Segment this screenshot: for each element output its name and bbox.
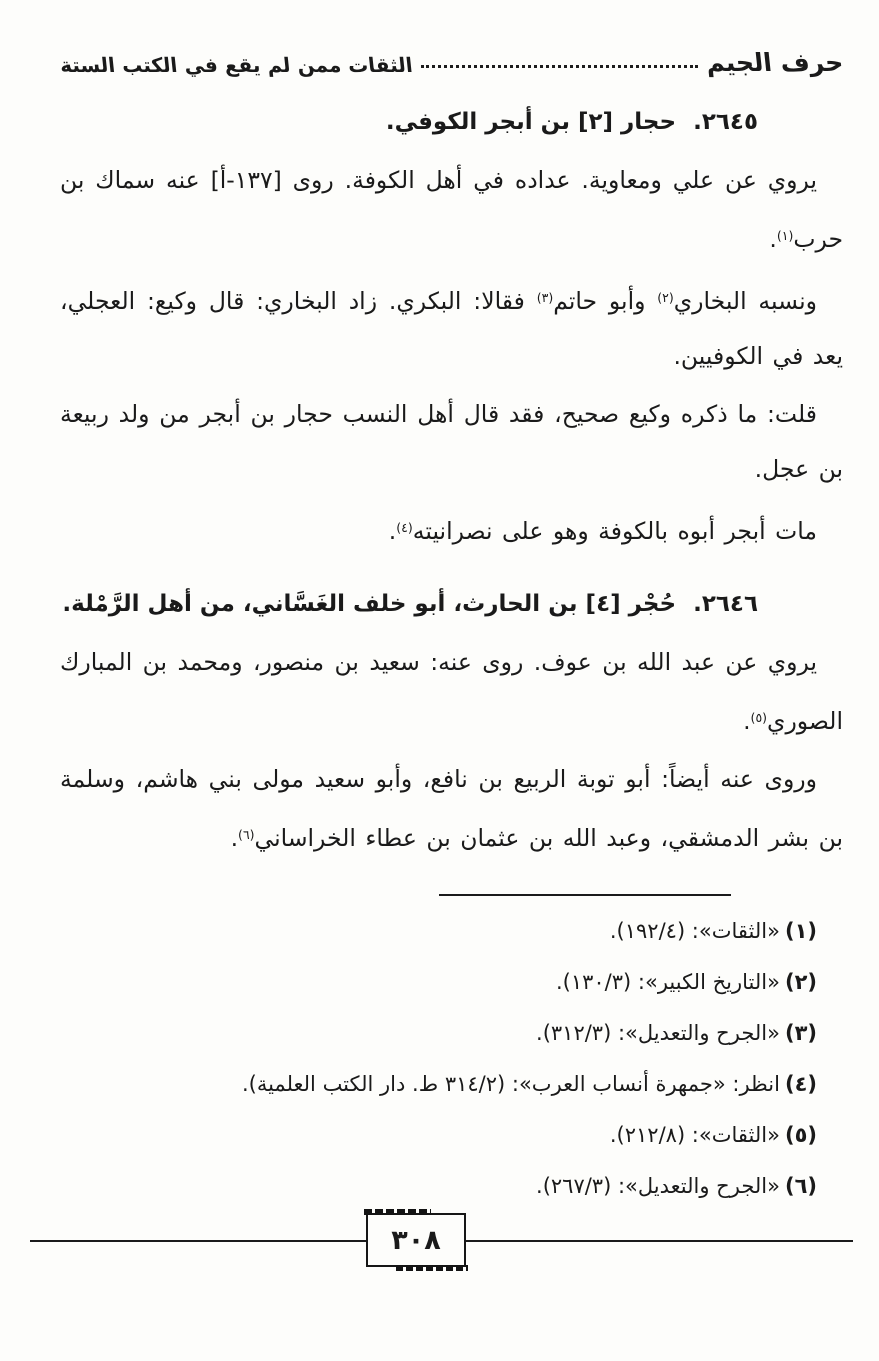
paragraph: قلت: ما ذكره وكيع صحيح، فقد قال أهل النس… xyxy=(60,387,843,497)
entry-heading: ٢٦٤٦.حُجْر [٤] بن الحارث، أبو خلف الغَسَ… xyxy=(60,583,758,625)
paragraph: ونسبه البخاري(٢) وأبو حاتم(٣) فقالا: الب… xyxy=(60,270,843,384)
footnote-ref: (١) xyxy=(777,228,794,243)
footnote-text: «الثقات»: (٢١٢/٨). xyxy=(610,1123,780,1147)
entry: ٢٦٤٥.حجار [٢] بن أبجر الكوفي. يروي عن عل… xyxy=(60,101,843,559)
footnote-ref: (٣) xyxy=(537,290,554,305)
book-page: { "header": { "section": "حرف الجيم", "b… xyxy=(0,0,879,1361)
footnote-marker: (٢) xyxy=(785,970,817,994)
footnote-marker: (٤) xyxy=(785,1072,817,1096)
footnote-ref: (٦) xyxy=(238,827,255,842)
dotted-leader xyxy=(421,65,698,68)
running-header: حرف الجيم الثقات ممن لم يقع في الكتب الس… xyxy=(60,48,843,77)
footnote-ref: (٢) xyxy=(657,290,674,305)
footnote-marker: (٥) xyxy=(785,1123,817,1147)
footnote-text: «التاريخ الكبير»: (١٣٠/٣). xyxy=(556,970,780,994)
footnote-ref: (٤) xyxy=(396,520,413,535)
entry-number: ٢٦٤٥. xyxy=(693,109,758,135)
footnote-marker: (٣) xyxy=(785,1021,817,1045)
paragraph: يروي عن علي ومعاوية. عداده في أهل الكوفة… xyxy=(60,153,843,267)
entries: ٢٦٤٥.حجار [٢] بن أبجر الكوفي. يروي عن عل… xyxy=(60,101,843,866)
footnote-text: «الجرح والتعديل»: (٢٦٧/٣). xyxy=(536,1174,780,1198)
footnote: (٤)انظر: «جمهرة أنساب العرب»: (٣١٤/٢ ط. … xyxy=(60,1059,843,1110)
paragraph: مات أبجر أبوه بالكوفة وهو على نصرانيته(٤… xyxy=(60,500,843,559)
entry-paragraphs: يروي عن علي ومعاوية. عداده في أهل الكوفة… xyxy=(60,153,843,559)
footnote-text: «الثقات»: (١٩٢/٤). xyxy=(610,919,780,943)
footnotes: (١)«الثقات»: (١٩٢/٤). (٢)«التاريخ الكبير… xyxy=(60,906,843,1212)
page-number: ٣٠٨ xyxy=(391,1225,440,1256)
footnote-text: «الجرح والتعديل»: (٣١٢/٣). xyxy=(536,1021,780,1045)
footnote: (٥)«الثقات»: (٢١٢/٨). xyxy=(60,1110,843,1161)
entry: ٢٦٤٦.حُجْر [٤] بن الحارث، أبو خلف الغَسَ… xyxy=(60,583,843,866)
footnote-marker: (١) xyxy=(785,919,817,943)
footnote-separator xyxy=(439,894,731,896)
paragraph: يروي عن عبد الله بن عوف. روى عنه: سعيد ب… xyxy=(60,635,843,749)
entry-name: حجار [٢] بن أبجر الكوفي. xyxy=(386,109,676,135)
footnote: (٦)«الجرح والتعديل»: (٢٦٧/٣). xyxy=(60,1161,843,1212)
page-number-box: ٣٠٨ xyxy=(366,1213,466,1267)
chapter-title: حرف الجيم xyxy=(704,48,844,77)
entry-number: ٢٦٤٦. xyxy=(693,591,758,617)
footnote: (١)«الثقات»: (١٩٢/٤). xyxy=(60,906,843,957)
entry-paragraphs: يروي عن عبد الله بن عوف. روى عنه: سعيد ب… xyxy=(60,635,843,866)
entry-heading: ٢٦٤٥.حجار [٢] بن أبجر الكوفي. xyxy=(60,101,758,143)
paragraph: وروى عنه أيضاً: أبو توبة الربيع بن نافع،… xyxy=(60,752,843,866)
page-body: حرف الجيم الثقات ممن لم يقع في الكتب الس… xyxy=(0,0,879,1212)
entry-name: حُجْر [٤] بن الحارث، أبو خلف الغَسَّاني،… xyxy=(62,591,676,617)
footnote-marker: (٦) xyxy=(785,1174,817,1198)
footnote-text: انظر: «جمهرة أنساب العرب»: (٣١٤/٢ ط. دار… xyxy=(242,1072,780,1096)
book-title: الثقات ممن لم يقع في الكتب الستة xyxy=(59,53,414,77)
footnote-ref: (٥) xyxy=(751,710,768,725)
footnote: (٣)«الجرح والتعديل»: (٣١٢/٣). xyxy=(60,1008,843,1059)
footnote: (٢)«التاريخ الكبير»: (١٣٠/٣). xyxy=(60,957,843,1008)
